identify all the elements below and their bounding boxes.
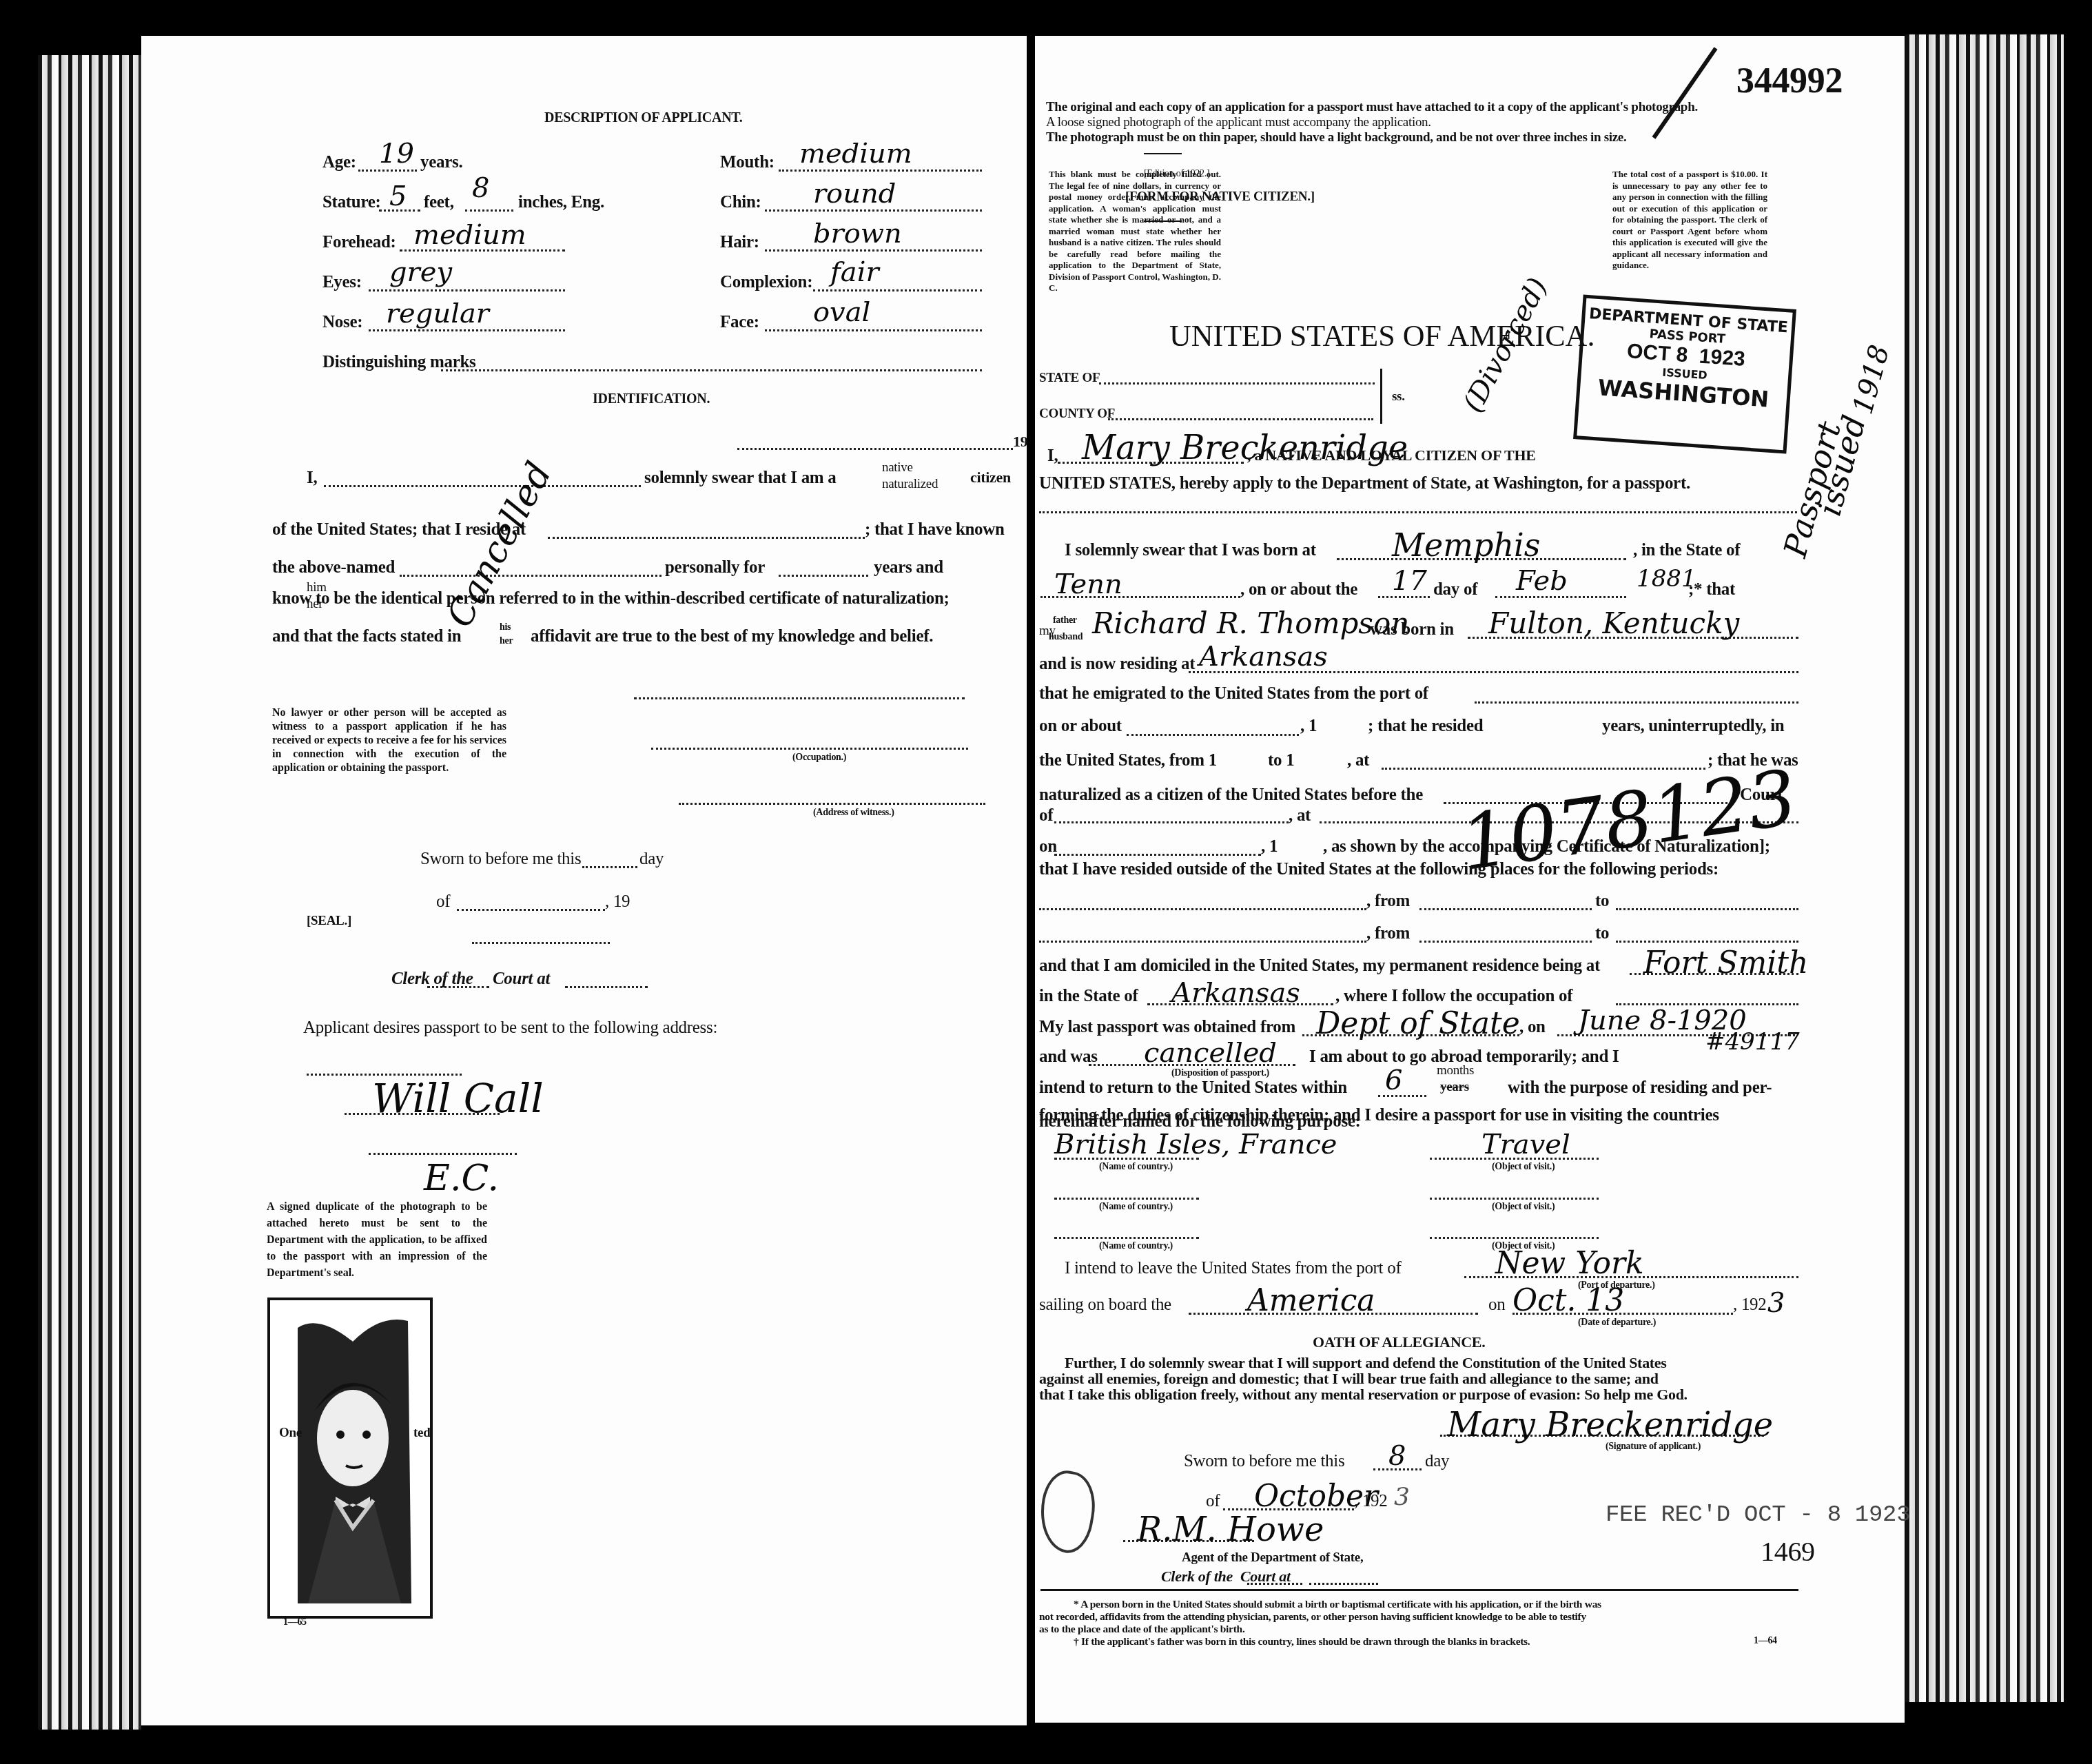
mailing-label: Applicant desires passport to be sent to…: [303, 1018, 717, 1038]
dep-l2b: on: [1488, 1295, 1505, 1315]
id-residence-line: [548, 537, 865, 539]
right-left-note: This blank must be completely filled out…: [1049, 169, 1221, 294]
right-sworn-l1a: Sworn to before me this: [1184, 1452, 1344, 1471]
book-edge-left: [38, 55, 141, 1730]
book-edge-right: [1905, 34, 2064, 1702]
footnote-2: not recorded, affidavits from the attend…: [1039, 1611, 1586, 1623]
footnote-1: * A person born in the United States sho…: [1074, 1599, 1601, 1611]
right-sworn-l2b: , 192: [1354, 1492, 1388, 1511]
dom-l2a: in the State of: [1039, 987, 1138, 1006]
photo-note: A signed duplicate of the photograph to …: [267, 1199, 487, 1282]
nat-l6b: , 1: [1261, 837, 1278, 857]
mailing-line-3: [369, 1153, 517, 1155]
ss-label: ss.: [1392, 389, 1405, 404]
fee-received-stamp: FEE REC'D OCT - 8 1923: [1606, 1502, 1910, 1528]
witness-signature-line: [634, 697, 965, 699]
hair-label: Hair:: [720, 233, 759, 252]
mouth-value: medium: [799, 138, 912, 170]
birth-l3b: was born in: [1370, 620, 1454, 639]
country-line: [1054, 1237, 1199, 1239]
birth-l2a: , on or about the: [1240, 580, 1357, 599]
form-title: [FORM FOR NATIVE CITIZEN.]: [1125, 189, 1315, 205]
edition-rule-bottom: [1144, 220, 1182, 222]
id-line3-a: the above-named: [272, 558, 395, 577]
applicant-line2: UNITED STATES, hereby apply to the Depar…: [1039, 474, 1690, 493]
father-residence-value: Arkansas: [1199, 641, 1328, 673]
oath-line-3: that I take this obligation freely, with…: [1039, 1386, 1688, 1404]
signature-caption: (Signature of applicant.): [1606, 1442, 1701, 1453]
right-page-code: 1—64: [1754, 1636, 1777, 1647]
dom-city-value: Fort Smith: [1643, 945, 1808, 981]
mailing-line-2: [345, 1113, 500, 1115]
object-line: [1430, 1198, 1599, 1200]
applicant-divider: [1039, 511, 1797, 513]
top-notice-2: A loose signed photograph of the applica…: [1046, 115, 1431, 130]
nat-date-line: [1127, 734, 1299, 736]
bracket-months: months: [1437, 1063, 1474, 1078]
right-sworn-l1b: day: [1425, 1452, 1449, 1471]
stature-inches-line: [465, 209, 513, 212]
left-clerk-b: Court at: [493, 970, 550, 989]
abroad-place-line-1: [1039, 908, 1366, 910]
birth-day-value: 17: [1392, 565, 1427, 597]
nat-at-line: [1382, 768, 1705, 770]
bracket-his: his: [500, 622, 511, 633]
photo-behind-right-1: ted: [413, 1426, 430, 1441]
dom-l2b: , where I follow the occupation of: [1335, 987, 1572, 1006]
dom-l5a: intend to return to the United States wi…: [1039, 1078, 1347, 1098]
ss-bracket: [1380, 369, 1382, 424]
stature-label: Stature:: [322, 193, 381, 212]
id-line3-b: personally for: [665, 558, 765, 577]
applicant-signature: Mary Breckenridge: [1447, 1406, 1773, 1444]
abroad-from-line-2: [1419, 941, 1592, 943]
abroad-to-2: to: [1595, 924, 1609, 943]
footnote-3: as to the place and date of the applican…: [1039, 1623, 1244, 1636]
edition-label: [Edition of 1922.]: [1144, 169, 1209, 180]
nat-l5b: , at: [1289, 806, 1311, 825]
nat-l1: that he emigrated to the United States f…: [1039, 684, 1428, 704]
bracket-naturalized: naturalized: [882, 477, 938, 492]
left-page-code: 1—65: [283, 1617, 307, 1628]
stamp-date-year: 1923: [1699, 345, 1746, 371]
abroad-to-1: to: [1595, 892, 1609, 911]
dom-passport-number: #49117: [1705, 1028, 1800, 1056]
id-year-prefix: 19: [1013, 433, 1027, 451]
id-line1-c: citizen: [970, 469, 1011, 486]
abroad-from-line-1: [1419, 908, 1592, 910]
birth-l4a: and is now residing at: [1039, 655, 1195, 674]
eyes-line: [369, 289, 565, 291]
witness-address-line: [679, 803, 985, 805]
stature-inches-unit: inches, Eng.: [518, 193, 604, 212]
object-line: [1430, 1237, 1599, 1239]
chin-value: round: [813, 178, 896, 209]
passport-issued-stamp: DEPARTMENT OF STATE PASS PORT OCT 8 1923…: [1573, 294, 1796, 453]
age-label: Age:: [322, 153, 356, 172]
nat-l2a: on or about: [1039, 717, 1122, 736]
eyes-label: Eyes:: [322, 273, 362, 292]
dom-disposition-caption: (Disposition of passport.): [1171, 1068, 1269, 1079]
birth-l1a: I solemnly swear that I was born at: [1065, 541, 1316, 560]
left-sworn-l2b: , 19: [605, 892, 630, 912]
age-line: [358, 170, 417, 172]
mouth-label: Mouth:: [720, 153, 775, 172]
eyes-value: grey: [389, 256, 452, 288]
bracket-native: native: [882, 460, 913, 475]
bracket-father: father: [1053, 615, 1077, 626]
occupation-caption: (Occupation.): [792, 752, 846, 763]
birth-l2b: day of: [1433, 580, 1477, 599]
checkmark-annotation: [1647, 41, 1730, 145]
nose-line: [369, 329, 565, 331]
id-line1-b: solemnly swear that I am a: [644, 469, 837, 488]
dom-state-value: Arkansas: [1171, 977, 1300, 1009]
nat-l2d: years, uninterruptedly, in: [1602, 717, 1784, 736]
top-notice-3: The photograph must be on thin paper, sh…: [1046, 130, 1626, 145]
abroad-from-2: , from: [1366, 924, 1410, 943]
id-line2-b: ; that I have known: [865, 520, 1005, 540]
right-clerk-at-line: [1309, 1583, 1378, 1585]
face-value: oval: [813, 296, 870, 328]
id-line3-c: years and: [874, 558, 943, 577]
clerk-initials: E.C.: [424, 1158, 499, 1199]
right-sworn-day-value: 8: [1388, 1440, 1406, 1472]
stature-feet-unit: feet,: [424, 193, 454, 212]
spine: [1027, 34, 1035, 1730]
marks-line: [441, 369, 982, 371]
right-sworn-year-digit: 3: [1394, 1483, 1410, 1511]
abroad-to-line-1: [1616, 908, 1798, 910]
forehead-value: medium: [413, 219, 526, 251]
birth-l2c: ;* that: [1688, 580, 1735, 599]
complexion-label: Complexion:: [720, 273, 812, 292]
right-clerk-a: Clerk of the: [1161, 1568, 1233, 1586]
dep-port-value: New York: [1495, 1246, 1644, 1281]
photo-behind-left-1: One: [279, 1426, 302, 1441]
nat-on-line: [1054, 854, 1261, 856]
hair-value: brown: [813, 218, 902, 249]
id-line5-b: affidavit are true to the best of my kno…: [531, 627, 933, 646]
applicant-photograph: [267, 1298, 433, 1619]
agent-signature: R.M. Howe: [1137, 1510, 1324, 1549]
footnote-4: † If the applicant's father was born in …: [1074, 1636, 1530, 1648]
serial-number: 344992: [1736, 61, 1843, 101]
birth-year-value: 1881: [1637, 565, 1696, 593]
nose-value: regular: [386, 298, 489, 329]
country-caption: (Name of country.): [1099, 1241, 1173, 1252]
oath-heading: OATH OF ALLEGIANCE.: [1313, 1333, 1485, 1351]
nat-port-line: [1475, 701, 1798, 704]
complexion-line: [813, 289, 982, 291]
left-clerk-at-line: [565, 986, 648, 988]
identification-heading: IDENTIFICATION.: [593, 391, 710, 407]
id-named-line: [400, 575, 662, 577]
dep-ship-value: America: [1247, 1283, 1375, 1318]
nat-l3c: , at: [1347, 751, 1369, 770]
forehead-label: Forehead:: [322, 233, 396, 252]
stature-inches-value: 8: [472, 172, 489, 204]
nat-l3a: the United States, from 1: [1039, 751, 1217, 770]
bracket-her-2: her: [500, 636, 513, 647]
stamp-date-day: OCT 8: [1626, 340, 1688, 367]
right-right-note: The total cost of a passport is $10.00. …: [1612, 169, 1767, 271]
dom-from-value: Dept of State: [1316, 1006, 1520, 1041]
dom-return-value: 6: [1385, 1065, 1402, 1096]
id-name-line: [324, 485, 641, 487]
dom-l1: and that I am domiciled in the United St…: [1039, 956, 1600, 976]
dep-l2a: sailing on board the: [1039, 1295, 1171, 1315]
id-line1-a: I,: [307, 469, 317, 488]
right-sworn-l2a: of: [1206, 1492, 1220, 1511]
right-clerk-b: Court at: [1240, 1568, 1291, 1586]
birth-state-value: Tenn: [1054, 568, 1122, 600]
hair-line: [765, 249, 982, 252]
left-clerk-court-line: [427, 986, 489, 988]
bracket-husband: husband: [1049, 632, 1083, 643]
object-value: Travel: [1481, 1129, 1570, 1160]
abroad-to-line-2: [1616, 941, 1798, 943]
country-value: British Isles, France: [1054, 1129, 1337, 1160]
age-value: 19: [379, 138, 414, 170]
seal-label: [SEAL.]: [307, 914, 351, 929]
left-sworn-signature-line: [472, 942, 610, 944]
nat-l2b: , 1: [1300, 717, 1317, 736]
nat-l2c: ; that he resided: [1368, 717, 1483, 736]
left-sworn-l1a: Sworn to before me this: [420, 850, 581, 869]
birthplace-value: Memphis: [1392, 526, 1540, 564]
left-sworn-l1b: day: [639, 850, 664, 869]
nat-of-line: [1054, 821, 1289, 823]
left-sworn-day-line: [582, 866, 637, 868]
county-of-line: [1108, 418, 1373, 420]
age-unit: years.: [420, 153, 462, 172]
nat-l3b: to 1: [1268, 751, 1294, 770]
stature-feet-value: 5: [389, 181, 407, 212]
id-years-line: [779, 575, 868, 577]
footnote-rule: [1040, 1589, 1798, 1591]
occupation-line: [651, 748, 968, 750]
chin-line: [765, 209, 982, 212]
abroad-from-1: , from: [1366, 892, 1410, 911]
mouth-line: [779, 170, 982, 172]
dep-date-caption: (Date of departure.): [1578, 1317, 1656, 1329]
id-line5-a: and that the facts stated in: [272, 627, 461, 646]
object-caption: (Object of visit.): [1492, 1162, 1555, 1173]
applicant-suffix: , a NATIVE AND LOYAL CITIZEN OF THE: [1247, 447, 1536, 464]
dep-l2c: , 192: [1733, 1295, 1767, 1315]
birth-month-value: Feb: [1516, 565, 1568, 597]
witness-note: No lawyer or other person will be accept…: [272, 706, 506, 775]
portrait-image: [270, 1300, 430, 1616]
father-name-value: Richard R. Thompson: [1092, 606, 1409, 640]
father-birthplace-value: Fulton, Kentucky: [1488, 606, 1739, 640]
object-caption: (Object of visit.): [1492, 1202, 1555, 1213]
address-caption: (Address of witness.): [813, 808, 894, 819]
dep-year-digit: 3: [1767, 1287, 1785, 1319]
face-label: Face:: [720, 313, 759, 332]
abroad-place-line-2: [1039, 941, 1366, 943]
state-of-line: [1099, 382, 1375, 384]
chin-label: Chin:: [720, 193, 761, 212]
dom-l3b: , on: [1519, 1018, 1546, 1037]
complexion-value: fair: [830, 256, 879, 288]
dom-disposition-value: cancelled: [1144, 1037, 1277, 1069]
nose-label: Nose:: [322, 313, 362, 332]
county-of-label: COUNTY OF: [1039, 407, 1115, 422]
agent-caption: Agent of the Department of State,: [1182, 1550, 1363, 1566]
description-heading: DESCRIPTION OF APPLICANT.: [544, 110, 743, 126]
dep-l1: I intend to leave the United States from…: [1065, 1259, 1401, 1278]
top-notice-1: The original and each copy of an applica…: [1046, 100, 1698, 115]
left-sworn-month-line: [457, 909, 605, 911]
fee-number: 1469: [1761, 1535, 1815, 1568]
dom-l5b: with the purpose of residing and per-: [1508, 1078, 1772, 1098]
dom-l3a: My last passport was obtained from: [1039, 1018, 1295, 1037]
nat-l5a: of: [1039, 806, 1053, 825]
id-line4-b: to be the identical person referred to i…: [316, 589, 950, 608]
country-line: [1054, 1198, 1199, 1200]
bracket-years: years: [1440, 1080, 1469, 1095]
birth-l1b: , in the State of: [1633, 541, 1740, 560]
country-caption: (Name of country.): [1099, 1202, 1173, 1213]
edition-rule-top: [1144, 153, 1182, 154]
id-date-line: [737, 448, 1013, 450]
applicant-prefix: I,: [1047, 447, 1058, 466]
left-sworn-l2a: of: [436, 892, 450, 912]
abroad-intro: that I have resided outside of the Unite…: [1039, 860, 1719, 879]
state-of-label: STATE OF: [1039, 371, 1100, 386]
face-line: [765, 329, 982, 331]
nat-l4a: naturalized as a citizen of the United S…: [1039, 786, 1423, 805]
id-line4-a: know: [272, 589, 311, 608]
dep-date-value: Oct. 13: [1512, 1283, 1624, 1318]
country-caption: (Name of country.): [1099, 1162, 1173, 1173]
